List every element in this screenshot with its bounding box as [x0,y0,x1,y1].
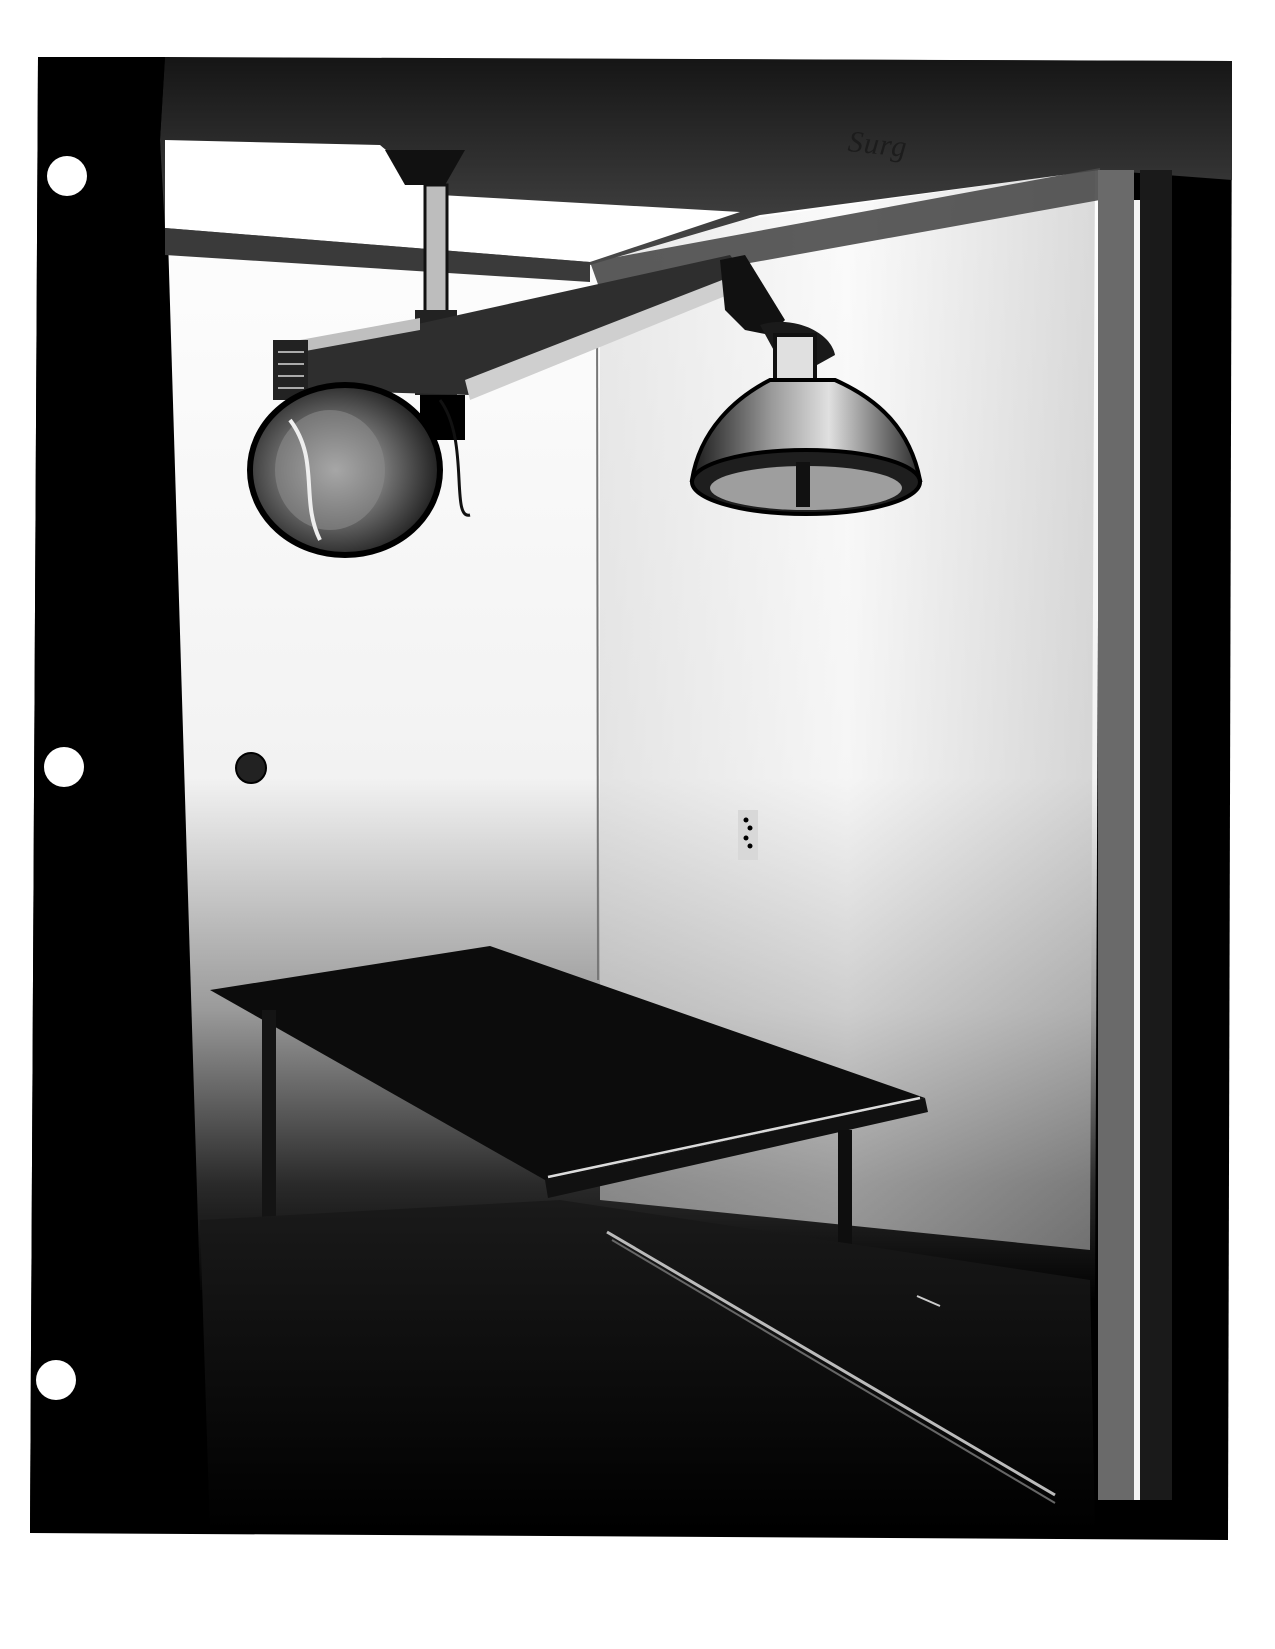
binder-hole-top [47,156,87,196]
scanned-photograph [0,0,1275,1649]
lamp-pole [425,185,447,315]
ceiling-sign-text: Surg [846,125,909,165]
door-frame-right [1098,170,1134,1500]
wall-outlet [738,810,758,860]
binder-hole-bottom [36,1360,76,1400]
binder-hole-middle [44,747,84,787]
wall-knob [236,753,266,783]
